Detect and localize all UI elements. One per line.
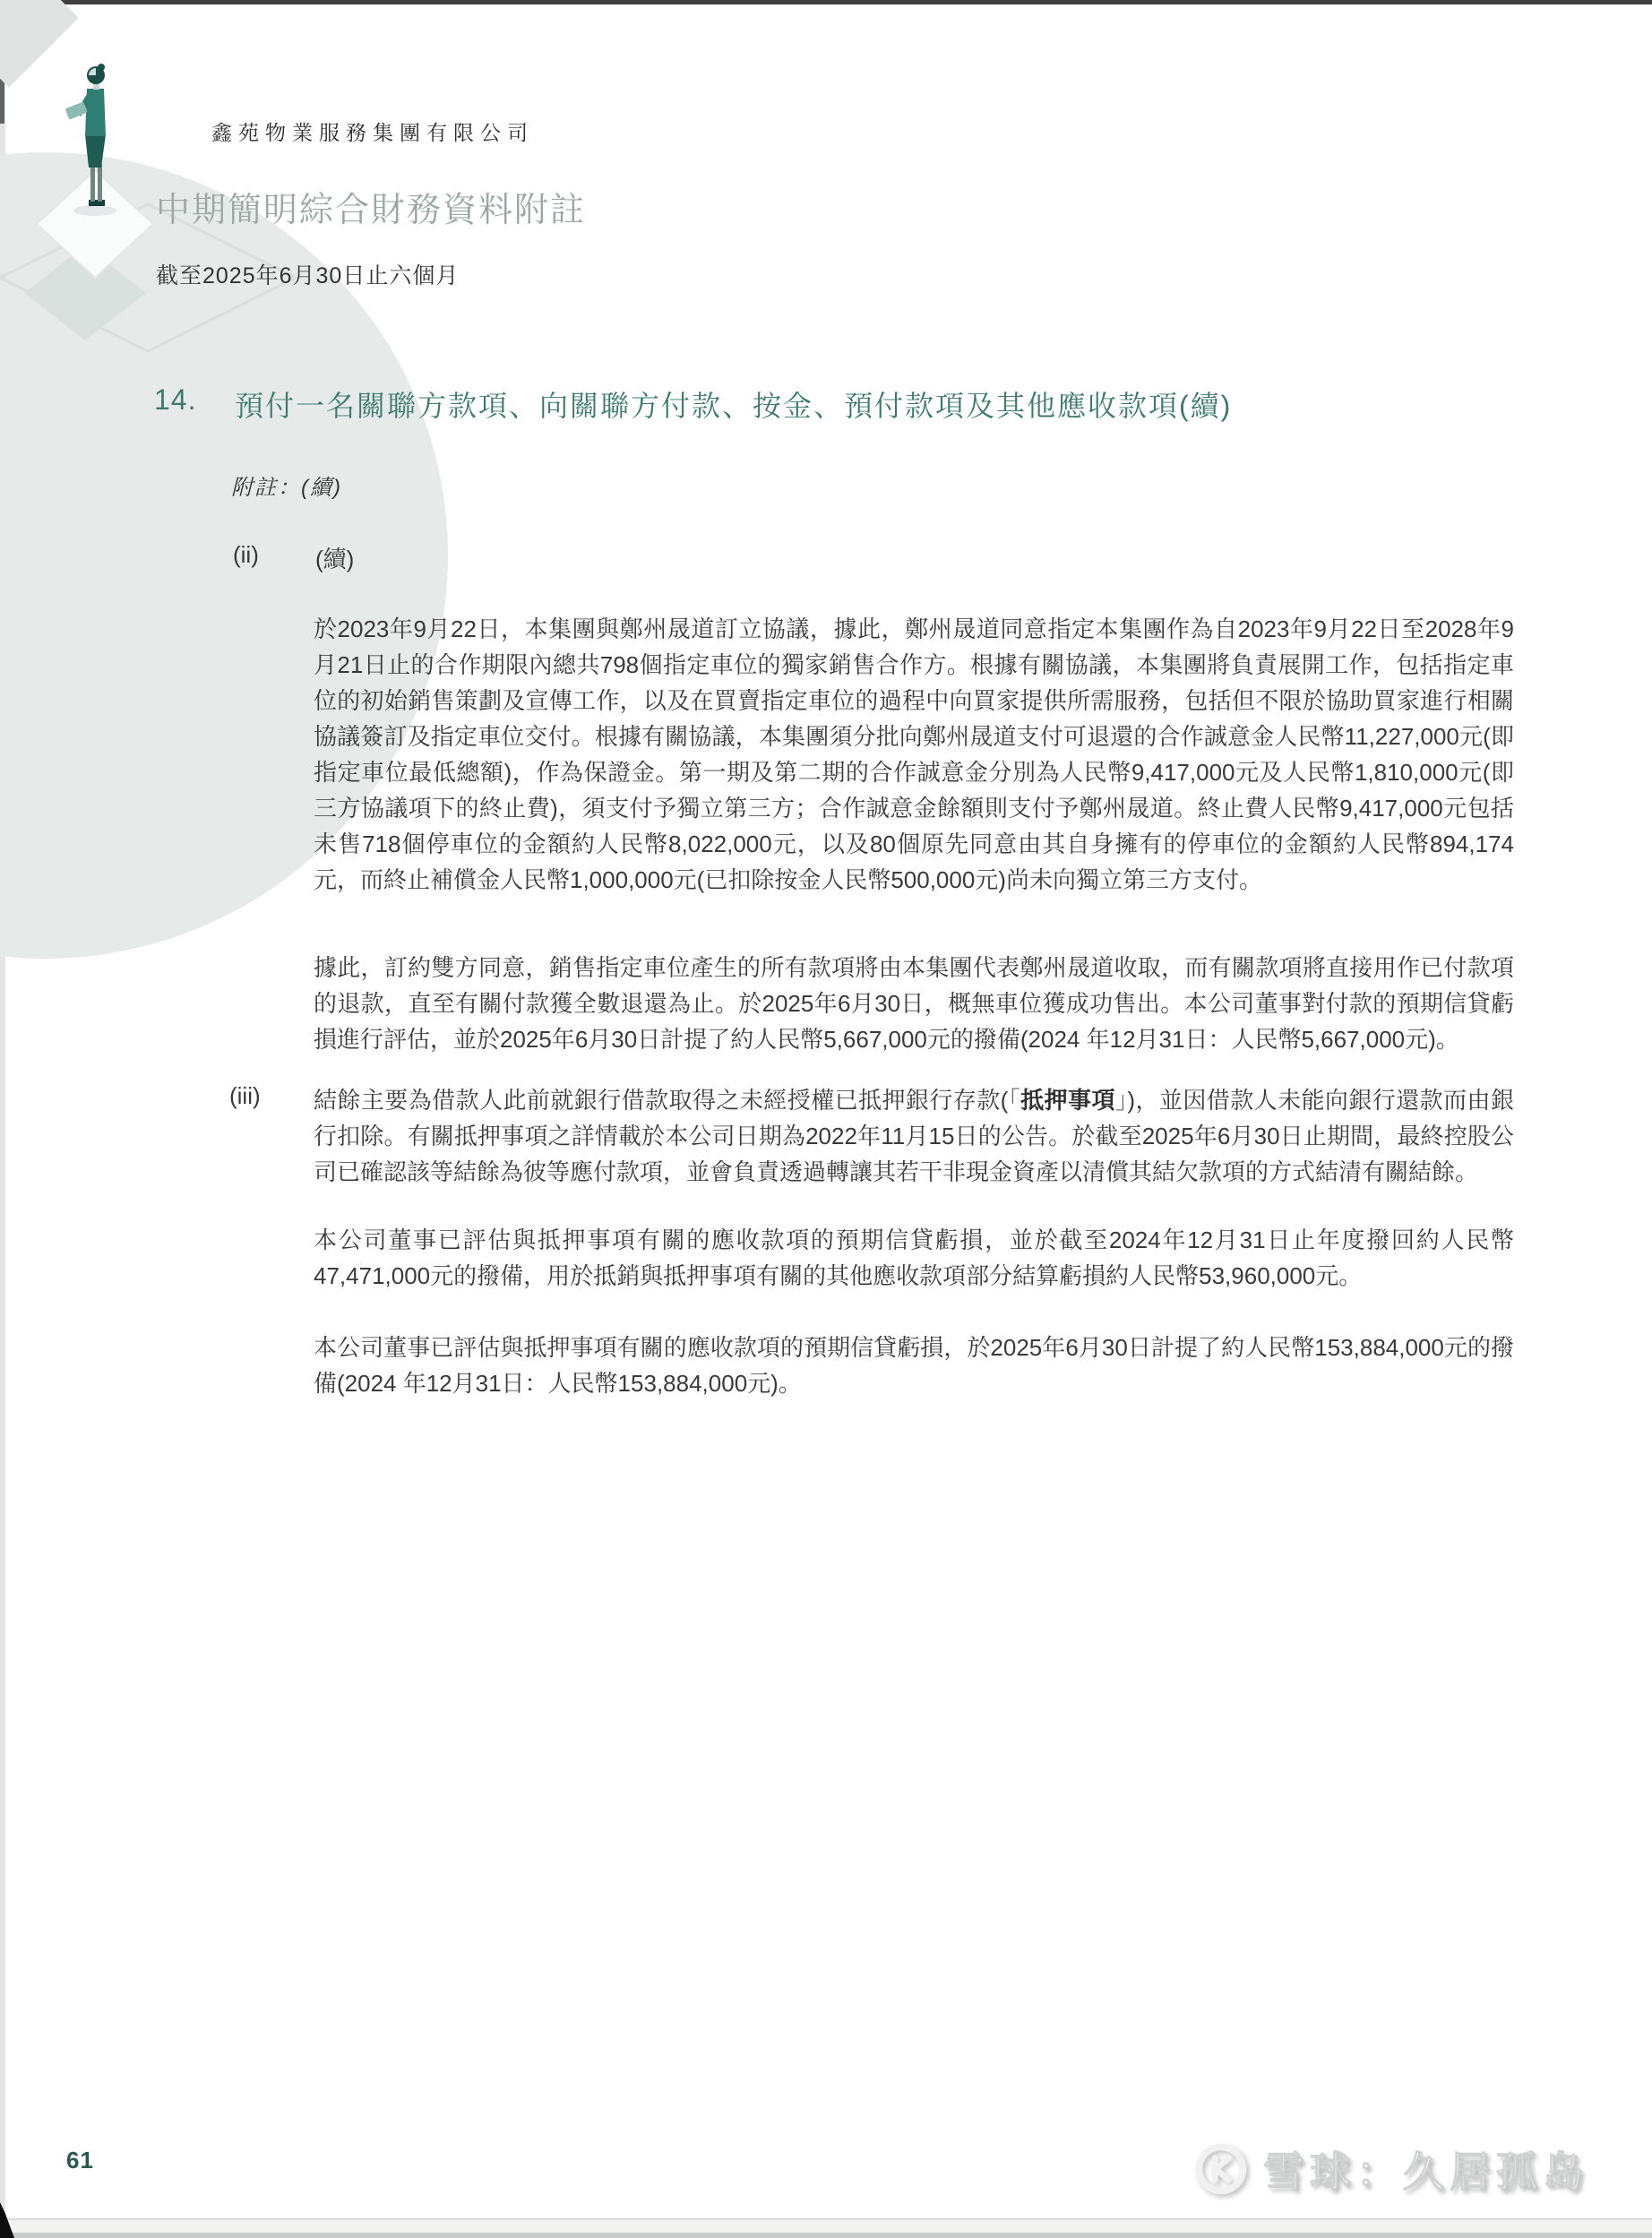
note-iii-paragraph-3: 本公司董事已評估與抵押事項有關的應收款項的預期信貸虧損，於2025年6月30日計… — [314, 1330, 1514, 1401]
scan-artifact-bottom-strip — [0, 2220, 1652, 2233]
page-number: 61 — [66, 2147, 94, 2174]
watermark-text: 雪球：久居孤岛 — [1263, 2139, 1589, 2199]
note-iii-paragraph-2: 本公司董事已評估與抵押事項有關的應收款項的預期信貸虧損，並於截至2024年12月… — [314, 1222, 1514, 1294]
figure-shadow — [73, 205, 116, 216]
report-page: 鑫苑物業服務集團有限公司 中期簡明綜合財務資料附註 截至2025年6月30日止六… — [0, 0, 1652, 2238]
note-ii-paragraph-2: 據此，訂約雙方同意，銷售指定車位產生的所有款項將由本集團代表鄭州晟道收取，而有關… — [314, 950, 1514, 1057]
section-heading: 預付一名關聯方款項、向關聯方付款、按金、預付款項及其他應收款項(續) — [235, 383, 1579, 425]
note-marker-ii: (ii) — [233, 541, 259, 569]
note-ii-paragraph-1: 於2023年9月22日，本集團與鄭州晟道訂立協議，據此，鄭州晟道同意指定本集團作… — [314, 611, 1514, 898]
period-subtitle: 截至2025年6月30日止六個月 — [156, 258, 459, 290]
pledge-matter-bold: 抵押事項 — [1020, 1087, 1115, 1114]
section-number: 14. — [154, 383, 196, 417]
scan-artifact-bottom-edge — [0, 2233, 1652, 2238]
note-marker-iii: (iii) — [229, 1082, 261, 1110]
company-name: 鑫苑物業服務集團有限公司 — [211, 116, 534, 146]
note-ii-continued: (續) — [315, 541, 354, 574]
xueqiu-snowball-icon — [1192, 2139, 1251, 2199]
note-iii-p1-before: 結餘主要為借款人此前就銀行借款取得之未經授權已抵押銀行存款(「 — [314, 1087, 1020, 1114]
document-title: 中期簡明綜合財務資料附註 — [156, 182, 586, 231]
scan-artifact-top-edge — [0, 0, 1652, 4]
watermark: 雪球：久居孤岛 — [1192, 2139, 1589, 2199]
note-label: 附註：(續) — [231, 469, 342, 501]
note-iii-paragraph-1: 結餘主要為借款人此前就銀行借款取得之未經授權已抵押銀行存款(「抵押事項」)，並因… — [314, 1082, 1514, 1190]
